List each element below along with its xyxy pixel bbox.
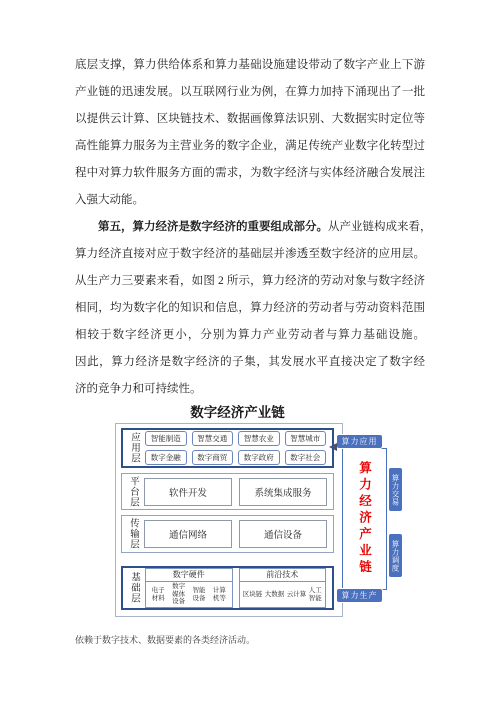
badge-computing-dispatch: 算力调度 [388, 533, 403, 578]
app-item: 智能制造 [145, 431, 187, 446]
body-line: 从生产力三要素来看，如图 2 所示，算力经济的劳动对象与数字经济 [75, 268, 425, 295]
body-line-rest: 从产业链构成来看， [328, 221, 432, 233]
badge-computing-application: 算力应用 [336, 434, 383, 449]
app-item: 智慧农业 [238, 431, 280, 446]
figure-digital-economy-chain: 数字经济产业链 应用层 智能制造 智慧交通 智慧农业 智慧城市 数字金融 数字商… [0, 400, 500, 650]
app-item: 数字政府 [238, 450, 280, 465]
layer-transport-label: 传输层 [126, 518, 140, 550]
arrow-left-icon [329, 443, 337, 451]
body-line: 济的竞争力和可持续性。 [75, 376, 425, 403]
figure-title: 数字经济产业链 [125, 401, 350, 421]
figure-caption: 依赖于数字技术、数据要素的各类经济活动。 [75, 633, 255, 646]
app-item: 数字金融 [145, 450, 187, 465]
inline-heading: 第五，算力经济是数字经济的重要组成部分。 [98, 221, 328, 233]
transport-item: 通信设备 [239, 520, 327, 548]
foundation-item: 电子 材料 [152, 587, 165, 602]
computing-economy-chain-box: 算力经济产业链 [342, 448, 387, 590]
body-line: 因此，算力经济是数字经济的子集，其发展水平直接决定了数字经 [75, 349, 425, 376]
badge-computing-production: 算力生产 [336, 588, 383, 603]
computing-economy-chain-title: 算力经济产业链 [355, 461, 375, 577]
body-line: 相较于数字经济更小，分别为算力产业劳动者与算力基础设施。 [75, 322, 425, 349]
platform-item: 软件开发 [144, 478, 232, 506]
foundation-item: 计算 机等 [213, 587, 226, 602]
platform-item: 系统集成服务 [239, 478, 327, 506]
foundation-item: 大数据 [265, 591, 285, 599]
layer-foundation: 基础层 数字硬件 电子 材料 数字 媒体 设备 智能 设备 计算 机等 前沿技术 [121, 566, 334, 610]
foundation-item: 数字 媒体 设备 [172, 583, 185, 606]
app-item: 智慧交通 [192, 431, 234, 446]
badge-computing-trade: 算力交易 [388, 467, 403, 512]
badge-computing-trade-label: 算力交易 [388, 474, 403, 506]
transport-item: 通信网络 [144, 520, 232, 548]
body-line: 入强大动能。 [75, 187, 425, 214]
body-line: 以提供云计算、区块链技术、数据画像算法识别、大数据实时定位等 [75, 106, 425, 133]
foundation-item: 智能 设备 [192, 587, 205, 602]
foundation-item: 云计算 [287, 591, 307, 599]
app-item: 数字社会 [285, 450, 327, 465]
layer-application-label: 应用层 [127, 432, 141, 464]
group-title: 前沿技术 [240, 569, 326, 582]
body-line: 底层支撑，算力供给体系和算力基础设施建设带动了数字产业上下游 [75, 52, 425, 79]
app-item: 数字商贸 [192, 450, 234, 465]
body-line: 产业链的迅速发展。以互联网行业为例，在算力加持下涌现出了一批 [75, 79, 425, 106]
body-text: 底层支撑，算力供给体系和算力基础设施建设带动了数字产业上下游 产业链的迅速发展。… [75, 52, 425, 403]
layer-platform-label: 平台层 [126, 476, 140, 508]
body-line-heading: 第五，算力经济是数字经济的重要组成部分。从产业链构成来看， [75, 214, 425, 241]
badge-computing-dispatch-label: 算力调度 [388, 540, 403, 572]
layer-foundation-label: 基础层 [127, 572, 141, 604]
layer-platform: 平台层 软件开发 系统集成服务 [121, 473, 334, 510]
group-title: 数字硬件 [146, 569, 232, 582]
app-item: 智慧城市 [285, 431, 327, 446]
layer-application: 应用层 智能制造 智慧交通 智慧农业 智慧城市 数字金融 数字商贸 数字政府 数… [121, 428, 334, 468]
foundation-item: 区块链 [243, 591, 263, 599]
digital-economy-outer-box: 应用层 智能制造 智慧交通 智慧农业 智慧城市 数字金融 数字商贸 数字政府 数… [115, 423, 343, 617]
body-line: 算力经济直接对应于数字经济的基础层并渗透至数字经济的应用层。 [75, 241, 425, 268]
body-line: 高性能算力服务为主营业务的数字企业，满足传统产业数字化转型过 [75, 133, 425, 160]
body-line: 相同，均为数字化的知识和信息，算力经济的劳动者与劳动资料范围 [75, 295, 425, 322]
group-frontier-tech: 前沿技术 区块链 大数据 云计算 人工 智能 [239, 568, 327, 608]
layer-transport: 传输层 通信网络 通信设备 [121, 515, 334, 553]
body-line: 程中对算力软件服务方面的需求，为数字经济与实体经济融合发展注 [75, 160, 425, 187]
foundation-item: 人工 智能 [309, 587, 322, 602]
group-digital-hardware: 数字硬件 电子 材料 数字 媒体 设备 智能 设备 计算 机等 [145, 568, 233, 608]
